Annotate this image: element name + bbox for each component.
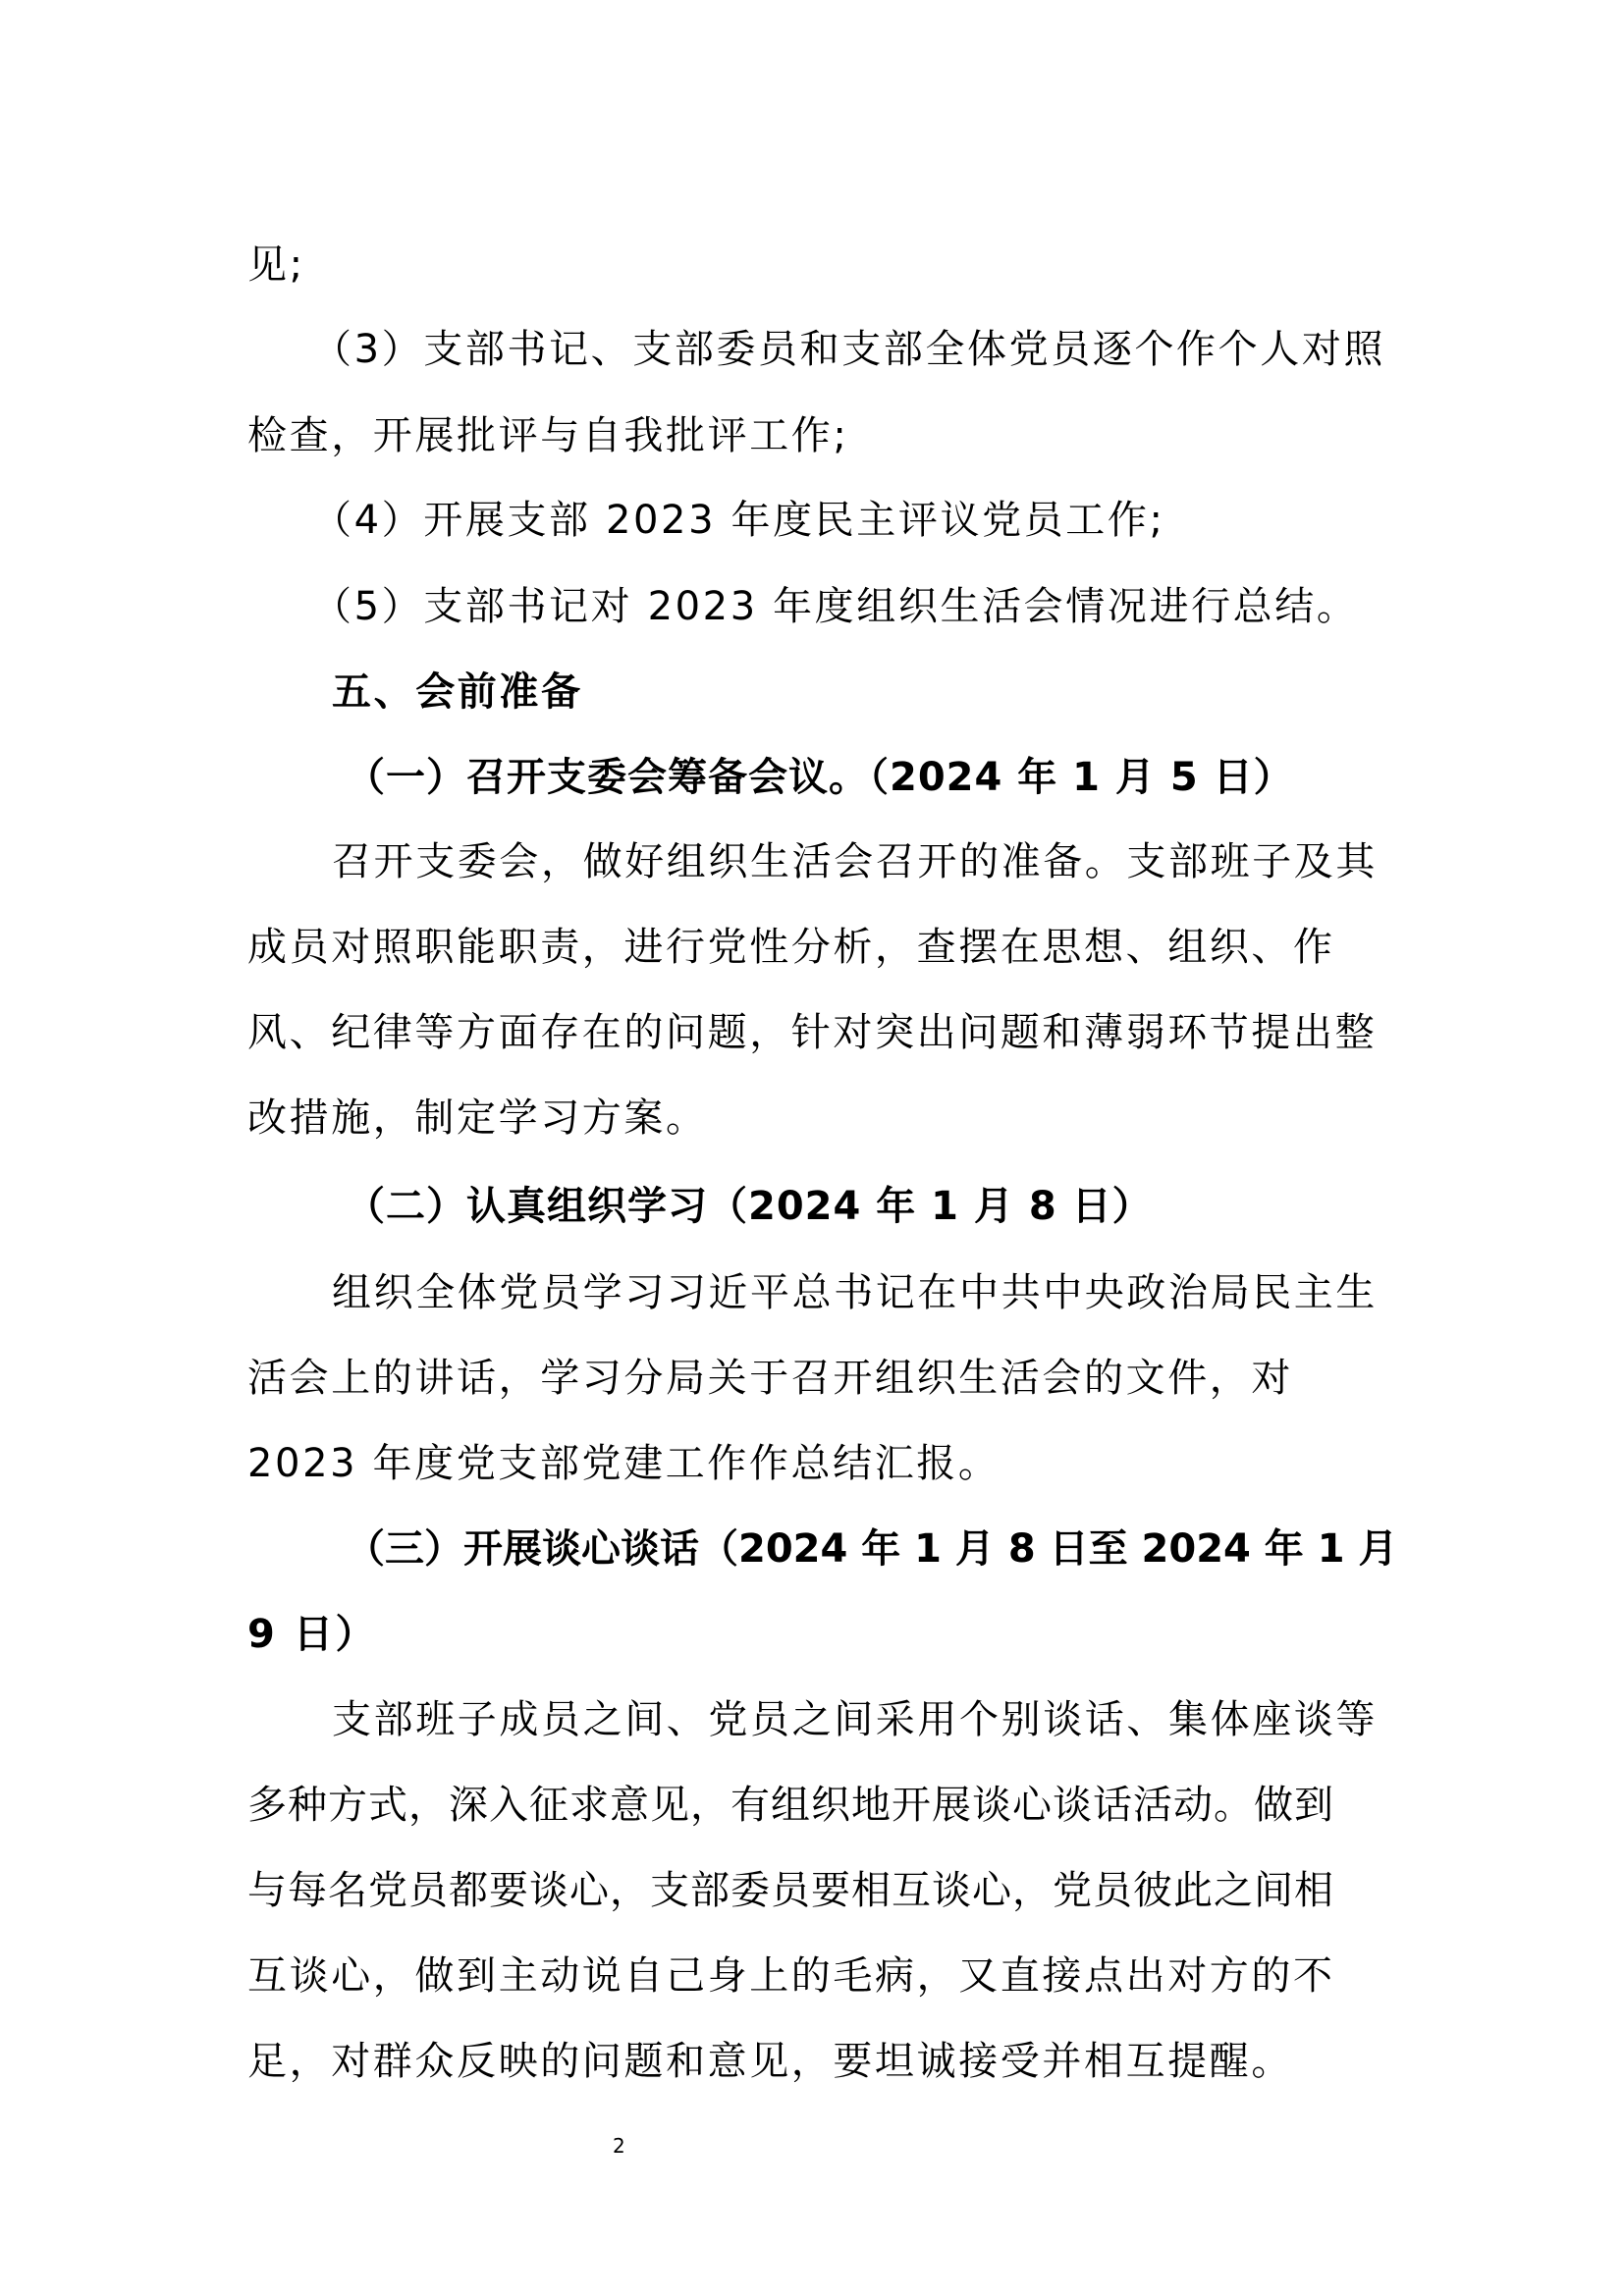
document-page: 见; （3）支部书记、支部委员和支部全体党员逐个作个人对照 检查，开展批评与自我… <box>0 0 1623 2296</box>
subheading-2: （二）认真组织学习（2024 年 1 月 8 日） <box>346 1183 1489 1230</box>
continuation-line: 见; <box>247 241 1391 289</box>
page-number: 2 <box>613 2132 625 2160</box>
list-item-4: （4）开展支部 2023 年度民主评议党员工作; <box>312 497 1456 544</box>
paragraph-2-line-2: 活会上的讲话，学习分局关于召开组织生活会的文件，对 <box>247 1355 1391 1402</box>
paragraph-1-line-3: 风、纪律等方面存在的问题，针对突出问题和薄弱环节提出整 <box>247 1009 1391 1056</box>
paragraph-1-line-1: 召开支委会，做好组织生活会召开的准备。支部班子及其 <box>332 838 1476 885</box>
list-item-5: （5）支部书记对 2023 年度组织生活会情况进行总结。 <box>312 583 1456 630</box>
paragraph-2-line-1: 组织全体党员学习习近平总书记在中共中央政治局民主生 <box>332 1269 1476 1316</box>
list-item-3: （3）支部书记、支部委员和支部全体党员逐个作个人对照 <box>312 326 1392 373</box>
paragraph-1-line-2: 成员对照职能职责，进行党性分析，查摆在思想、组织、作 <box>247 924 1391 971</box>
paragraph-3-line-4: 互谈心，做到主动说自己身上的毛病，又直接点出对方的不 <box>247 1952 1391 2000</box>
paragraph-3-line-1: 支部班子成员之间、党员之间采用个别谈话、集体座谈等 <box>332 1696 1476 1743</box>
paragraph-3-line-5: 足，对群众反映的问题和意见，要坦诚接受并相互提醒。 <box>247 2038 1391 2085</box>
subheading-3-cont: 9 日） <box>247 1611 1391 1658</box>
paragraph-2-line-3: 2023 年度党支部党建工作作总结汇报。 <box>247 1440 1391 1487</box>
paragraph-1-line-4: 改措施，制定学习方案。 <box>247 1095 1391 1142</box>
section-heading-5: 五、会前准备 <box>332 668 1476 716</box>
list-item-3-cont: 检查，开展批评与自我批评工作; <box>247 412 1391 459</box>
subheading-1: （一）召开支委会筹备会议。（2024 年 1 月 5 日） <box>346 754 1489 801</box>
paragraph-3-line-2: 多种方式，深入征求意见，有组织地开展谈心谈话活动。做到 <box>247 1782 1391 1829</box>
subheading-3: （三）开展谈心谈话（2024 年 1 月 8 日至 2024 年 1 月 <box>346 1525 1489 1573</box>
paragraph-3-line-3: 与每名党员都要谈心，支部委员要相互谈心，党员彼此之间相 <box>247 1867 1391 1914</box>
